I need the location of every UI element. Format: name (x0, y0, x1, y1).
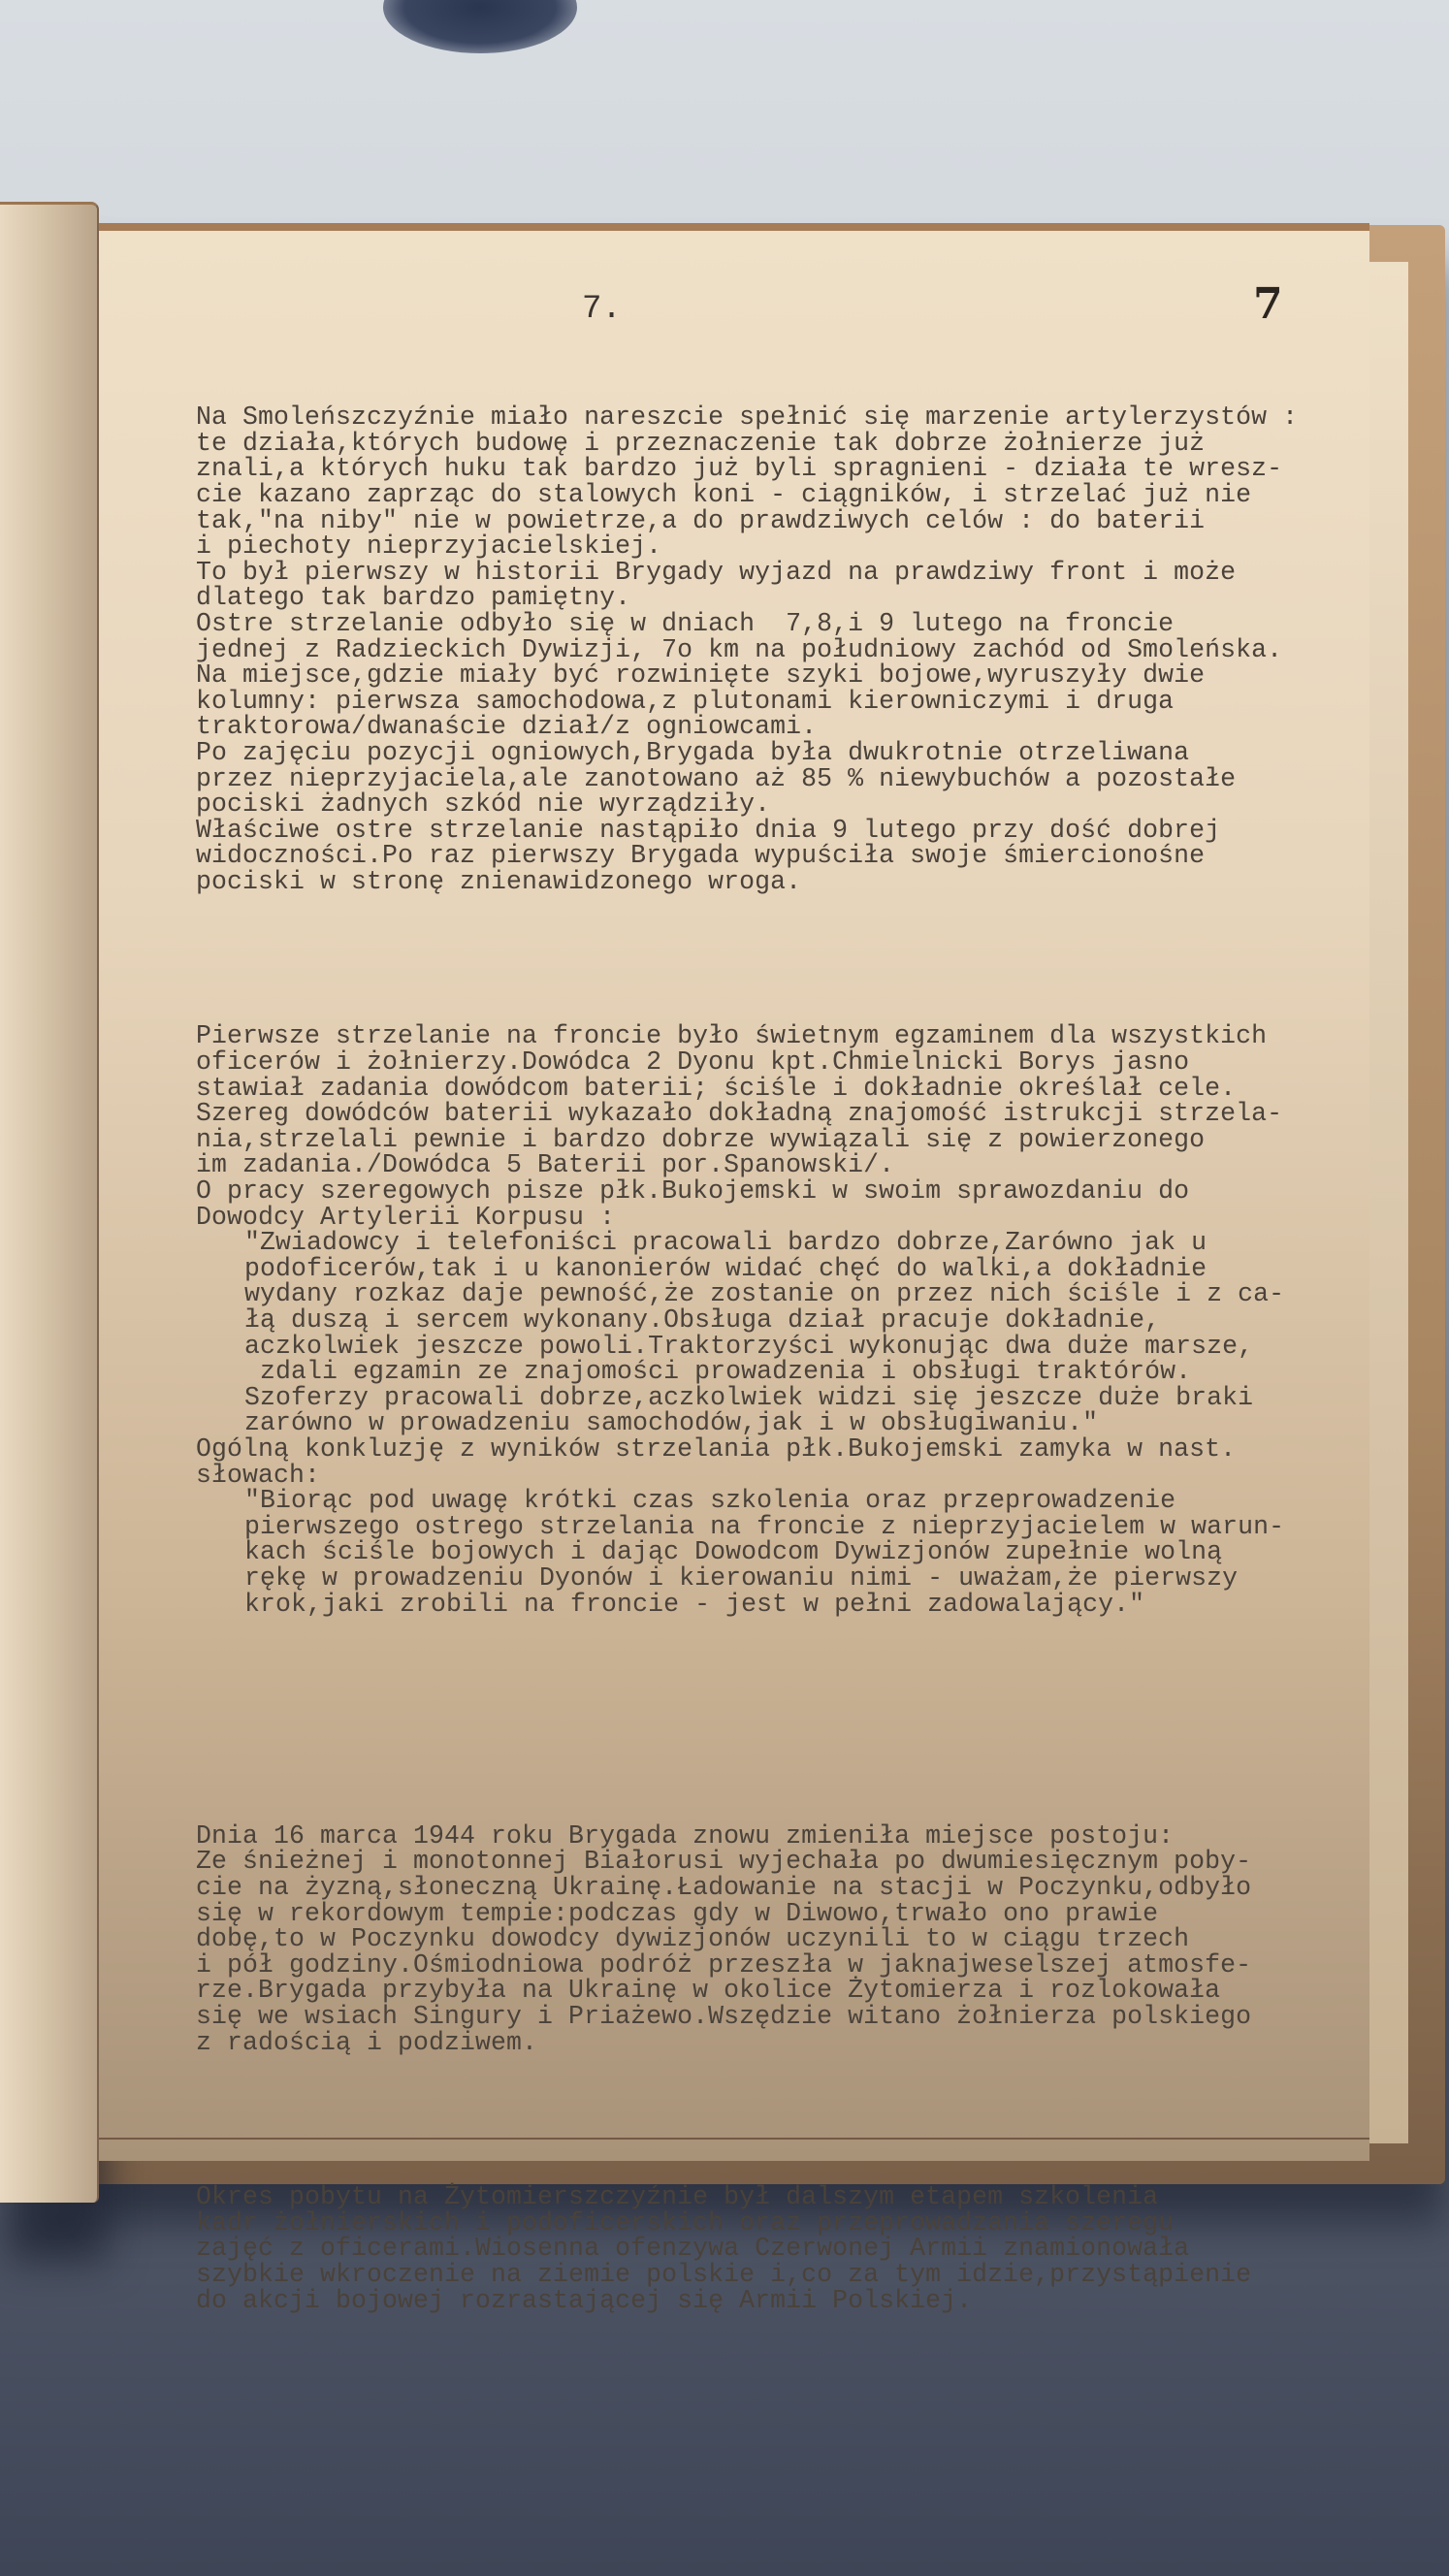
text-line: Dnia 16 marca 1944 roku Brygada znowu zm… (196, 1823, 1360, 1850)
text-line: cie kazano zaprząc do stalowych koni - c… (196, 482, 1360, 508)
text-line: traktorowa/dwanaście dział/z ogniowcami. (196, 714, 1360, 740)
paragraph-gap (196, 947, 1360, 973)
text-line: kadr żołnierskich i podoficerskich oraz … (196, 2210, 1360, 2237)
text-line: z radością i podziwem. (196, 2030, 1360, 2056)
text-line: Ze śnieżnej i monotonnej Białorusi wyjec… (196, 1849, 1360, 1875)
quote-line: Szoferzy pracowali dobrze,aczkolwiek wid… (196, 1385, 1360, 1411)
paragraph-gap (196, 1668, 1360, 1694)
text-line: im zadania./Dowódca 5 Baterii por.Spanow… (196, 1152, 1360, 1178)
text-line: Ostre strzelanie odbyło się w dniach 7,8… (196, 611, 1360, 637)
text-line: dlatego tak bardzo pamiętny. (196, 585, 1360, 611)
quote-line: łą duszą i sercem wykonany.Obsługa dział… (196, 1307, 1360, 1334)
text-line: Właściwe ostre strzelanie nastąpiło dnia… (196, 818, 1360, 844)
paragraph-gap (196, 1746, 1360, 1772)
quote-line: kach ściśle bojowych i dając Dowodcom Dy… (196, 1539, 1360, 1565)
text-line: Dowodcy Artylerii Korpusu : (196, 1205, 1360, 1231)
quote-line: rękę w prowadzeniu Dyonów i kierowaniu n… (196, 1565, 1360, 1592)
typewritten-page: 7. 7 Na Smoleńszczyźnie miało nareszcie … (99, 223, 1369, 2161)
page-number-handwritten: 7 (1253, 279, 1283, 329)
quote-line: podoficerów,tak i u kanonierów widać chę… (196, 1256, 1360, 1282)
text-line: jednej z Radzieckich Dywizji, 7o km na p… (196, 637, 1360, 663)
text-line: nia,strzelali pewnie i bardzo dobrze wyw… (196, 1127, 1360, 1153)
text-line: Po zajęciu pozycji ogniowych,Brygada był… (196, 740, 1360, 766)
text-line: rze.Brygada przybyła na Ukrainę w okolic… (196, 1978, 1360, 2004)
text-line: znali,a których huku tak bardzo już byli… (196, 456, 1360, 482)
quote-line: "Biorąc pod uwagę krótki czas szkolenia … (196, 1488, 1360, 1514)
text-line: szybkie wkroczenie na ziemie polskie i,c… (196, 2262, 1360, 2288)
lamp-shadow (383, 0, 577, 53)
text-line: Pierwsze strzelanie na froncie było świe… (196, 1023, 1360, 1049)
text-line: się we wsiach Singury i Priażewo.Wszędzi… (196, 2004, 1360, 2030)
text-line: pociski w stronę znienawidzonego wroga. (196, 869, 1360, 895)
quote-line: "Zwiadowcy i telefoniści pracowali bardz… (196, 1230, 1360, 1256)
text-line: Na miejsce,gdzie miały być rozwinięte sz… (196, 662, 1360, 689)
text-line: zajęć z oficerami.Wiosenna ofenzywa Czer… (196, 2236, 1360, 2262)
text-line: Szereg dowódców baterii wykazało dokładn… (196, 1101, 1360, 1127)
quote-line: wydany rozkaz daje pewność,że zostanie o… (196, 1281, 1360, 1307)
paragraph-gap (196, 2107, 1360, 2133)
quote-line: zarówno w prowadzeniu samochodów,jak i w… (196, 1410, 1360, 1436)
text-line: kolumny: pierwsza samochodowa,z plutonam… (196, 689, 1360, 715)
text-line: się w rekordowym tempie:podczas gdy w Di… (196, 1901, 1360, 1927)
quote-line: pierwszego ostrego strzelania na froncie… (196, 1514, 1360, 1540)
text-line: dobę,to w Poczynku dowodcy dywizjonów uc… (196, 1926, 1360, 1952)
text-line: przez nieprzyjaciela,ale zanotowano aż 8… (196, 766, 1360, 792)
text-line: do akcji bojowej rozrastającej się Armii… (196, 2288, 1360, 2314)
text-line: i piechoty nieprzyjacielskiej. (196, 533, 1360, 560)
text-line: oficerów i żołnierzy.Dowódca 2 Dyonu kpt… (196, 1049, 1360, 1076)
page-body: Na Smoleńszczyźnie miało nareszcie spełn… (196, 353, 1360, 2365)
quote-line: aczkolwiek jeszcze powoli.Traktorzyści w… (196, 1334, 1360, 1360)
text-line: te działa,których budowę i przeznaczenie… (196, 431, 1360, 457)
folder-spine (0, 202, 99, 2203)
text-line: O pracy szeregowych pisze płk.Bukojemski… (196, 1178, 1360, 1205)
text-line: Ogólną konkluzję z wyników strzelania pł… (196, 1436, 1360, 1463)
paragraph-first-firing: Pierwsze strzelanie na froncie było świe… (196, 1023, 1360, 1617)
text-line: pociski żadnych szkód nie wyrządziły. (196, 791, 1360, 818)
paragraph-ukraine-move: Dnia 16 marca 1944 roku Brygada znowu zm… (196, 1823, 1360, 2055)
quote-line: krok,jaki zrobili na froncie - jest w pe… (196, 1592, 1360, 1618)
quote-line: zdali egzamin ze znajomości prowadzenia … (196, 1359, 1360, 1385)
text-line: stawiał zadania dowódcom baterii; ściśle… (196, 1076, 1360, 1102)
text-line: To był pierwszy w historii Brygady wyjaz… (196, 560, 1360, 586)
text-line: i pół godziny.Ośmiodniowa podróż przeszł… (196, 1952, 1360, 1979)
paragraph-smolensk: Na Smoleńszczyźnie miało nareszcie spełn… (196, 404, 1360, 894)
text-line: widoczności.Po raz pierwszy Brygada wypu… (196, 843, 1360, 869)
page-bottom-rule (99, 2138, 1369, 2140)
page-number-typed: 7. (582, 291, 622, 328)
paragraph-zhytomyr: Okres pobytu na Żytomierszczyźnie był da… (196, 2184, 1360, 2313)
text-line: cie na żyzną,słoneczną Ukrainę.Ładowanie… (196, 1875, 1360, 1901)
text-line: tak,"na niby" nie w powietrze,a do prawd… (196, 508, 1360, 534)
text-line: słowach: (196, 1463, 1360, 1489)
text-line: Na Smoleńszczyźnie miało nareszcie spełn… (196, 404, 1360, 431)
text-line: Okres pobytu na Żytomierszczyźnie był da… (196, 2184, 1360, 2210)
